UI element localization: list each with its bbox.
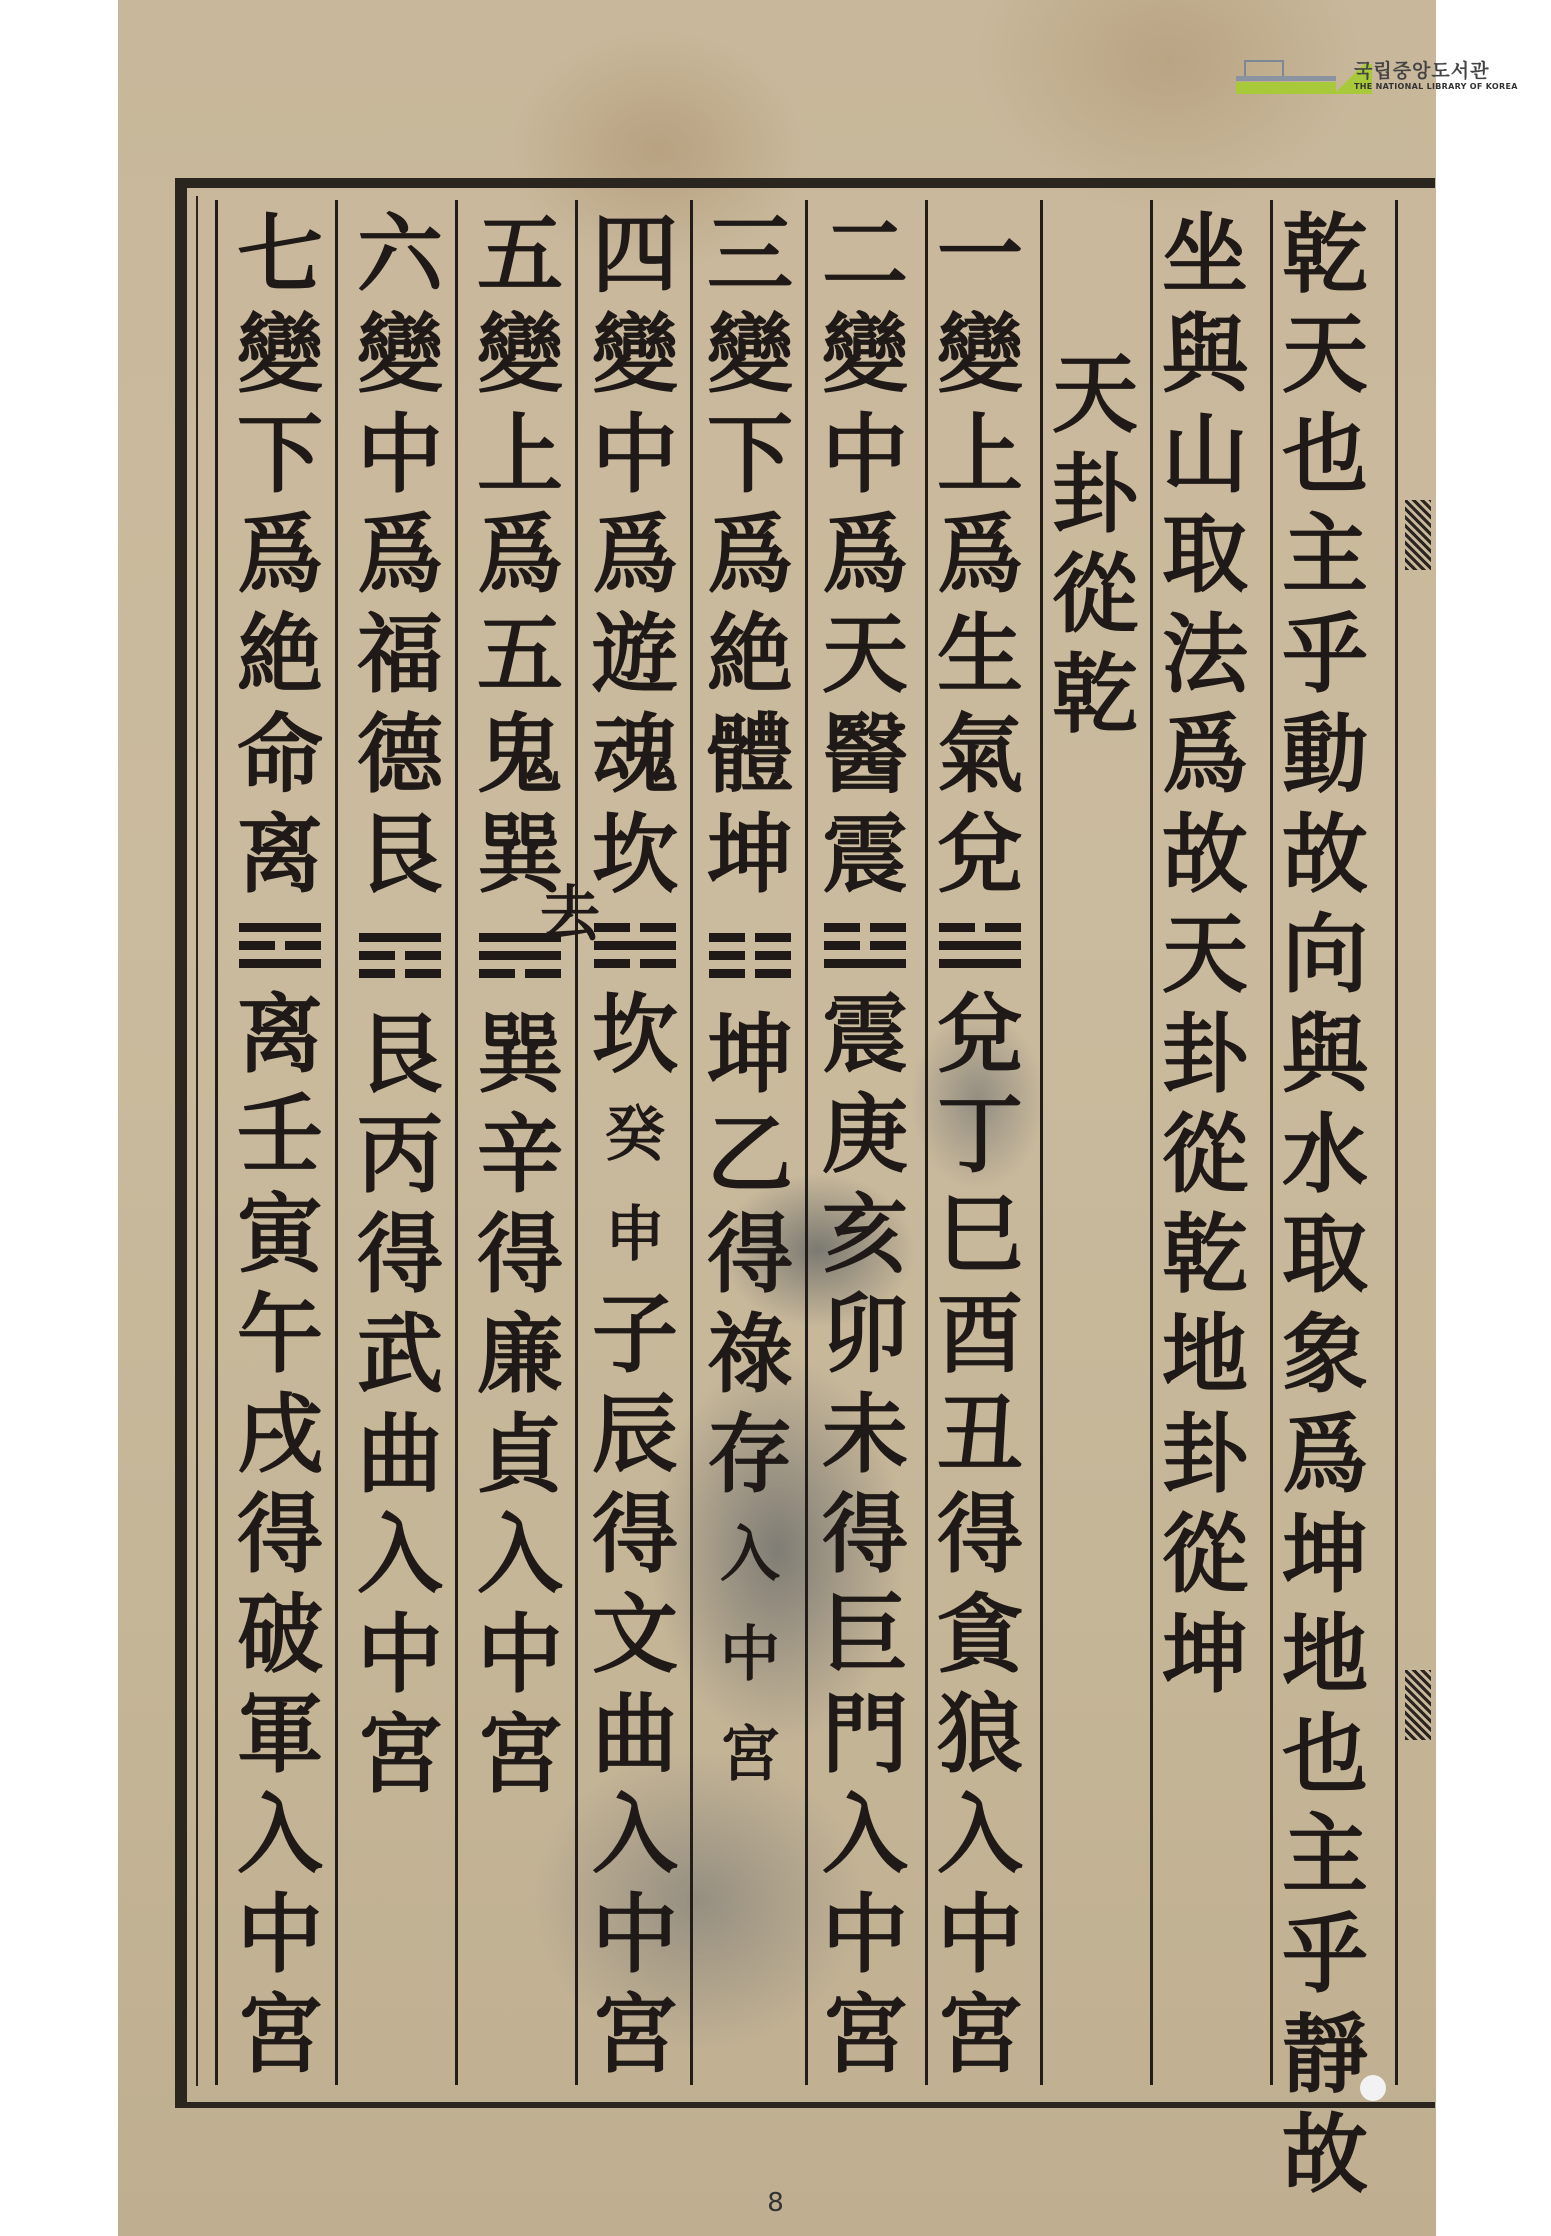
text-column-c4: 一變上爲生氣兌兌丁巳酉丑得貪狼入中宮 [925, 205, 1035, 2085]
glyph: 象 [1275, 1305, 1375, 1405]
broken-line [709, 969, 791, 978]
glyph: 中 [585, 405, 685, 505]
glyph: 入 [585, 1785, 685, 1885]
glyph: 爲 [700, 505, 800, 605]
glyph: 門 [815, 1685, 915, 1785]
glyph: 入 [815, 1785, 915, 1885]
solid-line [479, 933, 561, 942]
glyph: 艮 [350, 805, 450, 905]
column-rule [335, 200, 338, 2085]
glyph: 午 [230, 1285, 330, 1385]
broken-line [709, 951, 791, 960]
glyph: 魂 [585, 705, 685, 805]
column-rule [690, 200, 693, 2085]
glyph: 巽 [470, 805, 570, 905]
glyph: 醫 [815, 705, 915, 805]
glyph: 震 [815, 805, 915, 905]
glyph: 一 [930, 205, 1030, 305]
trigram-symbol-icon [239, 905, 321, 985]
glyph: 命 [230, 705, 330, 805]
glyph: 爲 [470, 505, 570, 605]
glyph: 四 [585, 205, 685, 305]
glyph: 貞 [470, 1405, 570, 1505]
glyph: 變 [930, 305, 1030, 405]
glyph: 破 [230, 1585, 330, 1685]
glyph: 變 [230, 305, 330, 405]
column-rule [805, 200, 808, 2085]
glyph: 與 [1275, 1005, 1375, 1105]
glyph: 入 [700, 1505, 800, 1605]
glyph: 水 [1275, 1105, 1375, 1205]
broken-line [709, 933, 791, 942]
glyph: 卯 [815, 1285, 915, 1385]
glyph: 离 [230, 985, 330, 1085]
glyph: 子 [585, 1285, 685, 1385]
glyph: 變 [700, 305, 800, 405]
glyph: 乎 [1275, 605, 1375, 705]
glyph: 入 [230, 1785, 330, 1885]
glyph: 也 [1275, 1705, 1375, 1805]
solid-line [359, 933, 441, 942]
glyph: 坎 [585, 985, 685, 1085]
library-watermark: 국립중앙도서관 THE NATIONAL LIBRARY OF KOREA [1236, 56, 1536, 102]
text-column-c8: 五變上爲五鬼巽巽辛得廉貞入中宮 [465, 205, 575, 2085]
glyph: 從 [1045, 545, 1145, 645]
glyph: 廉 [470, 1305, 570, 1405]
glyph: 卦 [1045, 445, 1145, 545]
glyph: 故 [1155, 805, 1255, 905]
fold-edge-mark [1405, 500, 1431, 570]
broken-line [239, 941, 321, 950]
glyph: 福 [350, 605, 450, 705]
trigram-symbol-icon [359, 905, 441, 1005]
broken-line [359, 951, 441, 960]
trigram-symbol-icon [479, 905, 561, 1005]
glyph: 從 [1155, 1505, 1255, 1605]
glyph: 六 [350, 205, 450, 305]
glyph: 乾 [1045, 645, 1145, 745]
glyph: 主 [1275, 505, 1375, 605]
glyph: 貪 [930, 1585, 1030, 1685]
glyph: 中 [700, 1605, 800, 1705]
frame-inner-rule [196, 196, 198, 2086]
broken-line [479, 969, 561, 978]
glyph: 五 [470, 605, 570, 705]
glyph: 中 [930, 1885, 1030, 1985]
glyph: 申 [585, 1185, 685, 1285]
glyph: 宮 [930, 1985, 1030, 2085]
solid-line [824, 959, 906, 968]
glyph: 地 [1275, 1605, 1375, 1705]
glyph: 中 [585, 1885, 685, 1985]
solid-line [939, 959, 1021, 968]
glyph: 地 [1155, 1305, 1255, 1405]
glyph: 中 [350, 1605, 450, 1705]
glyph: 取 [1275, 1205, 1375, 1305]
glyph: 絶 [700, 605, 800, 705]
glyph: 軍 [230, 1685, 330, 1785]
glyph: 坤 [700, 805, 800, 905]
glyph: 上 [930, 405, 1030, 505]
glyph: 爲 [585, 505, 685, 605]
glyph: 离 [230, 805, 330, 905]
glyph: 坐 [1155, 205, 1255, 305]
broken-line [824, 941, 906, 950]
glyph: 法 [1155, 605, 1255, 705]
glyph: 宮 [815, 1985, 915, 2085]
glyph: 兌 [930, 985, 1030, 1085]
glyph: 中 [230, 1885, 330, 1985]
text-column-c3: 天卦從乾 [1040, 345, 1150, 2225]
glyph: 三 [700, 205, 800, 305]
glyph: 氣 [930, 705, 1030, 805]
glyph: 巽 [470, 1005, 570, 1105]
glyph: 巳 [930, 1185, 1030, 1285]
glyph: 下 [230, 405, 330, 505]
glyph: 二 [815, 205, 915, 305]
glyph: 宮 [585, 1985, 685, 2085]
solid-line [239, 959, 321, 968]
library-logo-icon [1244, 60, 1284, 76]
glyph: 坤 [700, 1005, 800, 1105]
solid-line [939, 941, 1021, 950]
glyph: 取 [1155, 505, 1255, 605]
glyph: 從 [1155, 1105, 1255, 1205]
glyph: 入 [930, 1785, 1030, 1885]
trigram-symbol-icon [939, 905, 1021, 985]
glyph: 戌 [230, 1385, 330, 1485]
glyph: 宮 [350, 1705, 450, 1805]
glyph: 生 [930, 605, 1030, 705]
glyph: 坤 [1275, 1505, 1375, 1605]
glyph: 乾 [1275, 205, 1375, 305]
glyph: 變 [585, 305, 685, 405]
glyph: 存 [700, 1405, 800, 1505]
trigram-symbol-icon [824, 905, 906, 985]
trigram-symbol-icon [709, 905, 791, 1005]
glyph: 辰 [585, 1385, 685, 1485]
glyph: 變 [815, 305, 915, 405]
glyph: 變 [350, 305, 450, 405]
glyph: 入 [350, 1505, 450, 1605]
glyph: 巨 [815, 1585, 915, 1685]
broken-line [824, 923, 906, 932]
text-column-c7: 四變中爲遊魂坎坎癸申子辰得文曲入中宮 [580, 205, 690, 2085]
glyph: 得 [815, 1485, 915, 1585]
glyph: 武 [350, 1305, 450, 1405]
glyph: 辛 [470, 1105, 570, 1205]
glyph: 得 [230, 1485, 330, 1585]
glyph: 爲 [1155, 705, 1255, 805]
glyph: 與 [1155, 305, 1255, 405]
text-column-c5: 二變中爲天醫震震庚亥卯未得巨門入中宮 [810, 205, 920, 2085]
glyph: 爲 [350, 505, 450, 605]
glyph: 宮 [230, 1985, 330, 2085]
glyph: 曲 [350, 1405, 450, 1505]
broken-line [939, 923, 1021, 932]
library-name-korean: 국립중앙도서관 [1354, 56, 1489, 83]
glyph: 中 [815, 405, 915, 505]
column-rule [575, 200, 578, 2085]
glyph: 變 [470, 305, 570, 405]
glyph: 中 [815, 1885, 915, 1985]
glyph: 中 [350, 405, 450, 505]
glyph: 主 [1275, 1805, 1375, 1905]
glyph: 宮 [700, 1705, 800, 1805]
text-column-c6: 三變下爲絶體坤坤乙得祿存入中宮 [695, 205, 805, 2085]
glyph: 入 [470, 1505, 570, 1605]
glyph: 絶 [230, 605, 330, 705]
glyph: 動 [1275, 705, 1375, 805]
glyph: 上 [470, 405, 570, 505]
glyph: 得 [470, 1205, 570, 1305]
glyph: 得 [350, 1205, 450, 1305]
library-name-english: THE NATIONAL LIBRARY OF KOREA [1354, 82, 1518, 91]
glyph: 震 [815, 985, 915, 1085]
glyph: 丁 [930, 1085, 1030, 1185]
glyph: 文 [585, 1585, 685, 1685]
glyph: 丑 [930, 1385, 1030, 1485]
solid-line [239, 923, 321, 932]
glyph: 得 [930, 1485, 1030, 1585]
broken-line [359, 969, 441, 978]
glyph: 山 [1155, 405, 1255, 505]
glyph: 酉 [930, 1285, 1030, 1385]
paper-hole [1360, 2075, 1386, 2101]
glyph: 中 [470, 1605, 570, 1705]
column-rule [455, 200, 458, 2085]
glyph: 乙 [700, 1105, 800, 1205]
glyph: 得 [585, 1485, 685, 1585]
solid-line [479, 951, 561, 960]
glyph: 爲 [815, 505, 915, 605]
glyph: 天 [815, 605, 915, 705]
glyph: 爲 [930, 505, 1030, 605]
glyph: 庚 [815, 1085, 915, 1185]
text-column-c2: 坐與山取法爲故天卦從乾地卦從坤 [1150, 205, 1260, 2085]
glyph: 得 [700, 1205, 800, 1305]
glyph: 未 [815, 1385, 915, 1485]
column-rule [1395, 200, 1398, 2085]
text-column-c1: 乾天也主乎動故向與水取象爲坤地也主乎靜故 [1270, 205, 1380, 2085]
glyph: 體 [700, 705, 800, 805]
glyph: 遊 [585, 605, 685, 705]
glyph: 德 [350, 705, 450, 805]
glyph: 曲 [585, 1685, 685, 1785]
glyph: 壬 [230, 1085, 330, 1185]
glyph: 向 [1275, 905, 1375, 1005]
text-column-c9: 六變中爲福德艮艮丙得武曲入中宮 [345, 205, 455, 2085]
glyph: 故 [1275, 805, 1375, 905]
glyph: 天 [1275, 305, 1375, 405]
glyph: 兌 [930, 805, 1030, 905]
glyph: 乎 [1275, 1905, 1375, 2005]
glyph: 癸 [585, 1085, 685, 1185]
column-rule [215, 200, 218, 2085]
fold-edge-mark [1405, 1670, 1431, 1740]
glyph: 七 [230, 205, 330, 305]
glyph: 丙 [350, 1105, 450, 1205]
glyph: 五 [470, 205, 570, 305]
glyph: 也 [1275, 405, 1375, 505]
glyph: 天 [1155, 905, 1255, 1005]
glyph: 艮 [350, 1005, 450, 1105]
glyph: 亥 [815, 1185, 915, 1285]
glyph: 鬼 [470, 705, 570, 805]
text-column-c10: 七變下爲絶命离离壬寅午戌得破軍入中宮 [225, 205, 335, 2085]
glyph: 乾 [1155, 1205, 1255, 1305]
glyph: 寅 [230, 1185, 330, 1285]
glyph: 下 [700, 405, 800, 505]
glyph: 爲 [1275, 1405, 1375, 1505]
glyph: 狼 [930, 1685, 1030, 1785]
glyph: 祿 [700, 1305, 800, 1405]
glyph: 卦 [1155, 1405, 1255, 1505]
glyph: 宮 [470, 1705, 570, 1805]
glyph: 坤 [1155, 1605, 1255, 1705]
page-number: 8 [0, 2188, 1551, 2218]
glyph: 天 [1045, 345, 1145, 445]
glyph: 爲 [230, 505, 330, 605]
glyph: 卦 [1155, 1005, 1255, 1105]
